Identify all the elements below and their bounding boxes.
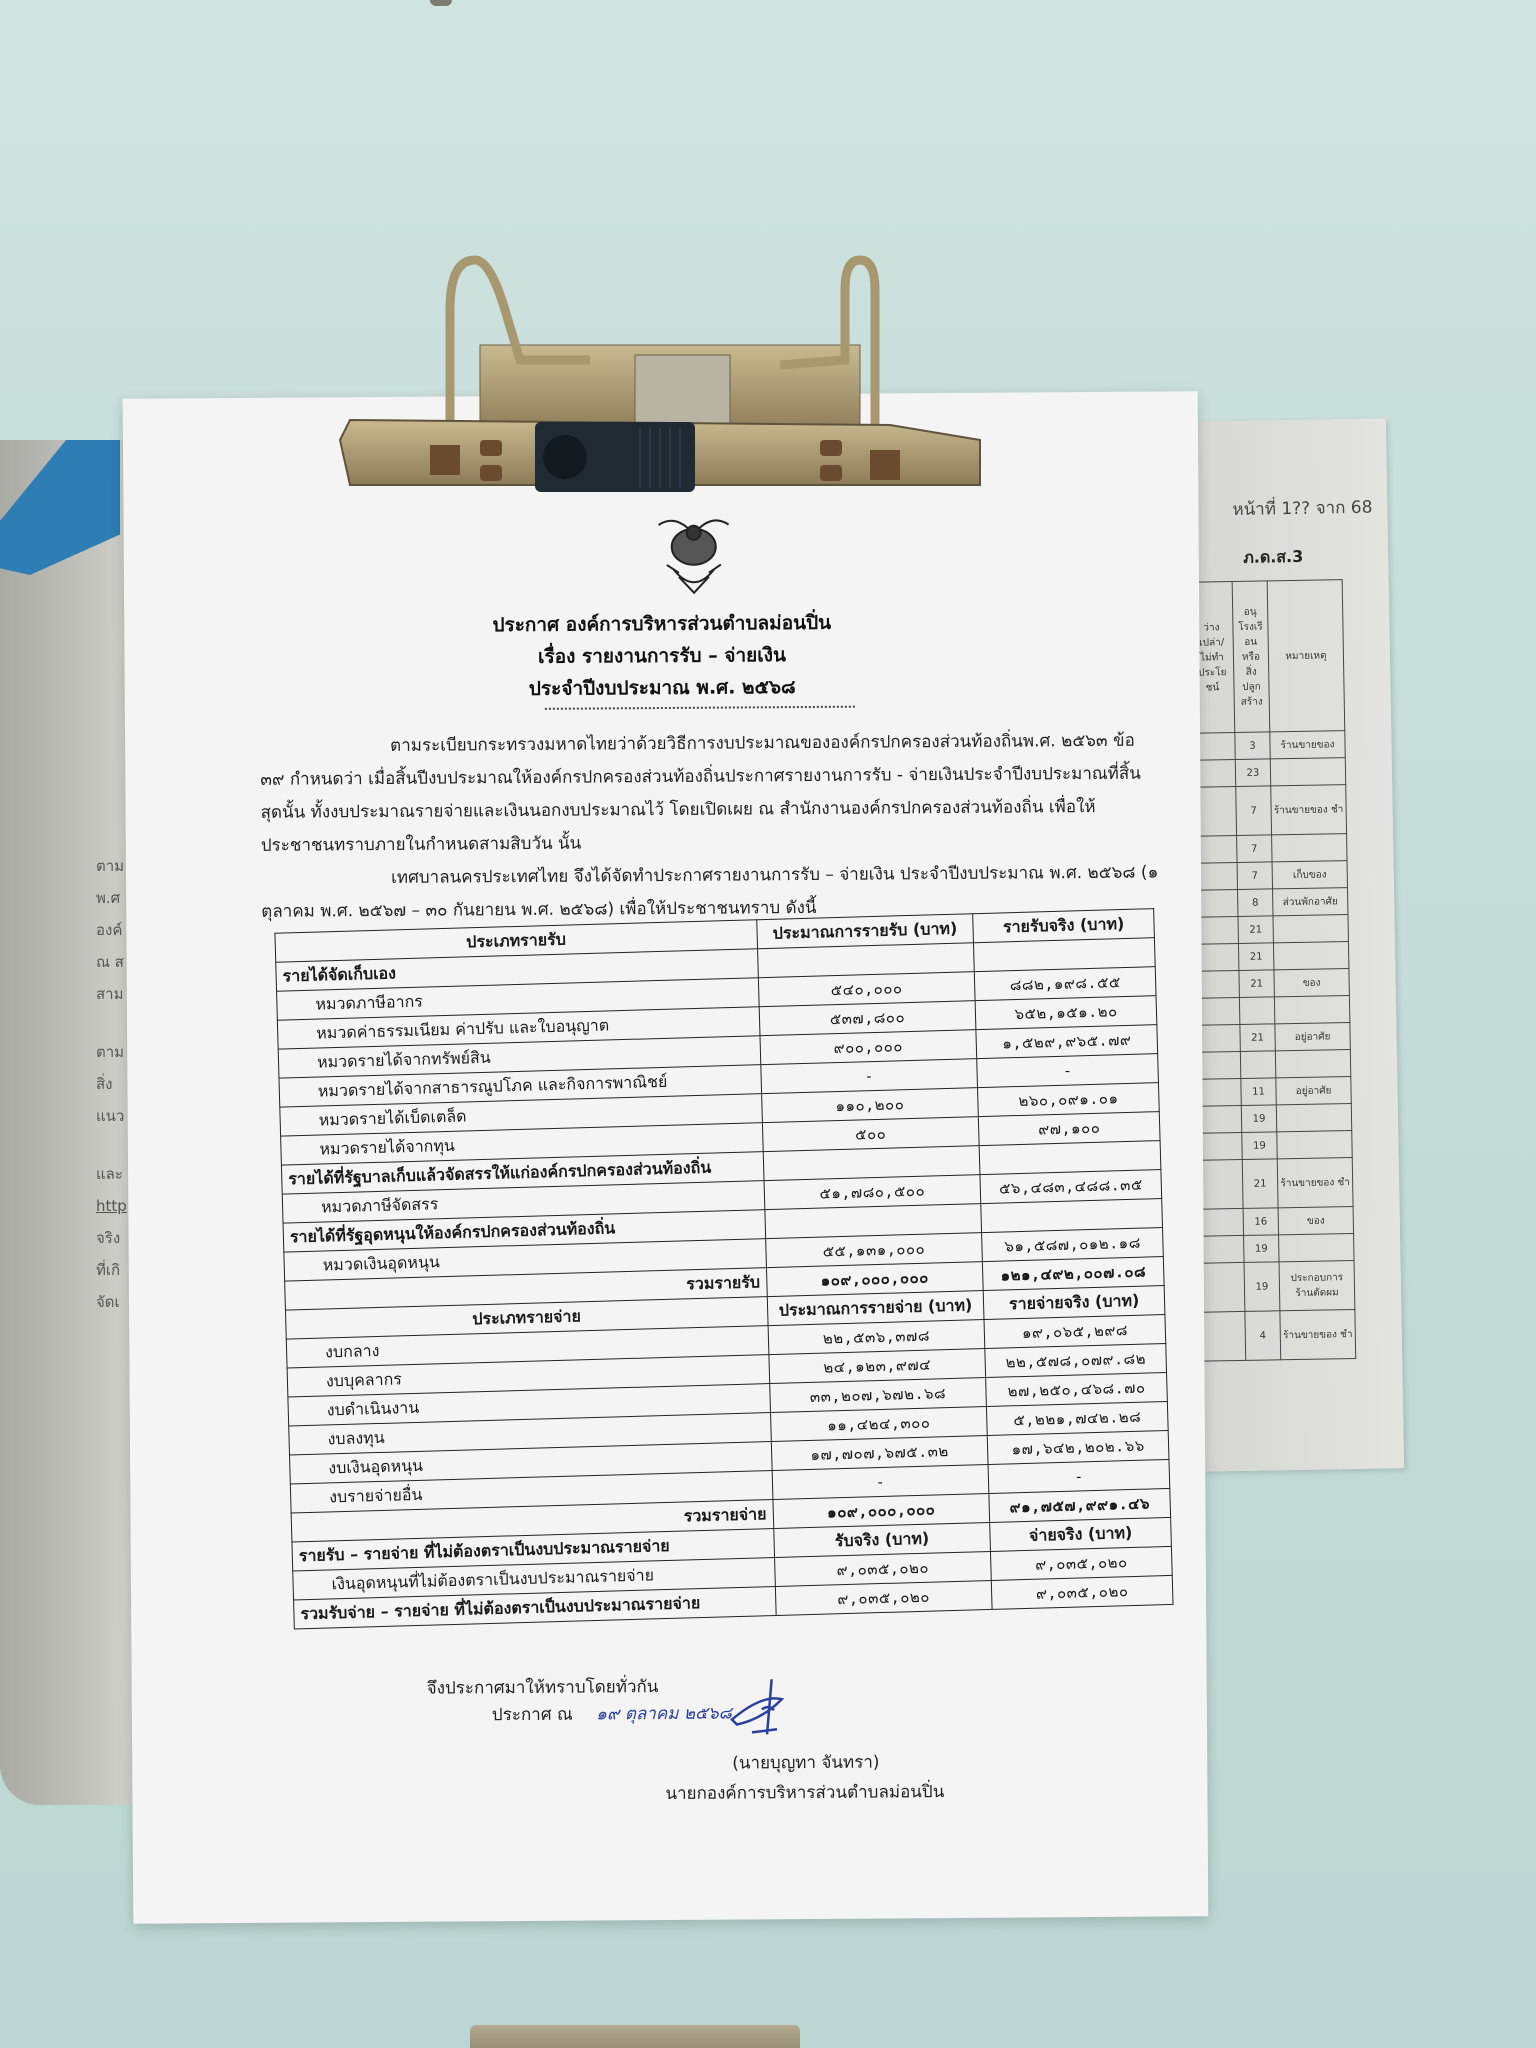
wall-hook: [430, 0, 452, 6]
blue-tape: [0, 440, 120, 575]
col-note: อยู่อาศัย: [1276, 1077, 1351, 1105]
col-a: [1198, 1105, 1241, 1133]
col-note: [1273, 942, 1348, 970]
col-count: 7: [1236, 786, 1272, 836]
col-count: 21: [1239, 970, 1274, 998]
col-count: 7: [1237, 862, 1272, 890]
col-a: [1198, 1078, 1241, 1106]
col-note: อยู่อาศัย: [1275, 1023, 1350, 1051]
col-note: [1273, 915, 1348, 943]
property-row: 19: [1201, 1234, 1354, 1264]
property-row: 4ร้านขายของ ชำ: [1202, 1310, 1356, 1362]
col-note: ประกอบการ ร้านตัดผม: [1279, 1261, 1355, 1311]
col-note: [1275, 1050, 1350, 1078]
notice-document: ประกาศ องค์การบริหารส่วนตำบลม่อนปิ่น เรื…: [123, 391, 1209, 1923]
announced-label: ประกาศ ณ: [492, 1705, 573, 1726]
col-head-b: อนุ โรงเรี อน หรือ สิ่ง ปลูก สร้าง: [1232, 581, 1270, 733]
bottom-binder-clip: [470, 2025, 800, 2048]
col-count: 19: [1242, 1132, 1277, 1160]
col-note: [1277, 1131, 1352, 1159]
col-a: [1195, 943, 1238, 971]
col-a: [1196, 970, 1239, 998]
property-row: 7เก็บของ: [1194, 861, 1347, 891]
col-note: ส่วนพักอาศัย: [1273, 888, 1348, 916]
signer-name: (นายบุญทา จันทรา): [732, 1749, 879, 1777]
income-expense-table: ประเภทรายรับประมาณการรายรับ (บาท)รายรับจ…: [274, 908, 1173, 1629]
col-count: 7: [1237, 835, 1272, 863]
property-row: 7ร้านขายของ ชำ: [1193, 785, 1347, 837]
col-note: [1270, 758, 1345, 786]
property-row: 19ประกอบการ ร้านตัดผม: [1201, 1261, 1355, 1313]
property-row: [1197, 1050, 1350, 1080]
background-paper-right: หน้าที่ 1?? จาก 68 ภ.ด.ส.3 ว่าง เปล่า/ ไ…: [1186, 418, 1404, 1471]
col-note: ร้านขายของ ชำ: [1277, 1158, 1353, 1208]
col-a: [1195, 916, 1238, 944]
col-a: [1200, 1208, 1243, 1236]
col-count: 21: [1238, 916, 1273, 944]
notice-title: ประกาศ องค์การบริหารส่วนตำบลม่อนปิ่น เรื…: [124, 604, 1200, 708]
property-row: 21อยู่อาศัย: [1197, 1023, 1350, 1053]
property-row: 23: [1192, 758, 1345, 788]
col-count: 21: [1240, 1024, 1275, 1052]
closing-text: จึงประกาศมาให้ทราบโดยทั่วกัน: [427, 1673, 659, 1702]
paragraph-1: ตามระเบียบกระทรวงมหาดไทยว่าด้วยวิธีการงบ…: [260, 725, 1161, 863]
property-row: 21: [1195, 915, 1348, 945]
property-row: 7: [1194, 834, 1347, 864]
col-note: [1272, 834, 1347, 862]
col-count: 21: [1242, 1159, 1278, 1209]
col-note: ร้านขายของ ชำ: [1271, 785, 1347, 835]
col-note: [1274, 996, 1349, 1024]
col-a: [1199, 1132, 1242, 1160]
col-a: [1197, 1051, 1240, 1079]
col-head-c: หมายเหตุ: [1267, 580, 1345, 732]
divider: [545, 706, 855, 710]
background-paper-left: ตามพ.ศองค์ณ สสามตามสิ่งแนวและhttpจริงที่…: [0, 440, 135, 1805]
col-note: [1279, 1234, 1354, 1262]
form-code: ภ.ด.ส.3: [1243, 545, 1304, 571]
col-count: 4: [1245, 1311, 1281, 1361]
property-row: 8ส่วนพักอาศัย: [1195, 888, 1348, 918]
property-row: 19: [1198, 1104, 1351, 1134]
notice-body: ตามระเบียบกระทรวงมหาดไทยว่าด้วยวิธีการงบ…: [260, 725, 1161, 929]
row-estimate: ๙,๐๓๕,๐๒๐: [775, 1580, 992, 1615]
property-row: 21ของ: [1196, 969, 1349, 999]
col-a: [1196, 997, 1239, 1025]
property-row: 16ของ: [1200, 1207, 1353, 1237]
col-a: [1201, 1262, 1245, 1312]
property-row: 21ร้านขายของ ชำ: [1199, 1158, 1353, 1210]
col-note: เก็บของ: [1272, 861, 1347, 889]
col-a: [1202, 1311, 1246, 1361]
col-count: 8: [1238, 889, 1273, 917]
col-note: ของ: [1278, 1207, 1353, 1235]
page-number: หน้าที่ 1?? จาก 68: [1232, 494, 1373, 523]
col-a: [1199, 1159, 1243, 1209]
col-count: 16: [1243, 1208, 1278, 1236]
property-row: 3ร้านขายของ: [1192, 731, 1345, 761]
col-count: [1240, 1051, 1275, 1079]
col-count: 21: [1238, 943, 1273, 971]
signer-title: นายกองค์การบริหารส่วนตำบลม่อนปิ่น: [665, 1778, 944, 1807]
title-line-3: ประจำปีงบประมาณ พ.ศ. ๒๕๖๘: [125, 668, 1200, 708]
col-count: 11: [1241, 1078, 1276, 1106]
property-table: ว่าง เปล่า/ ไม่ทำ ประโย ชน์ อนุ โรงเรี อ…: [1189, 579, 1357, 1362]
announced-date: ๑๙ ตุลาคม ๒๕๖๘: [596, 1704, 732, 1725]
binder-clip-icon: [330, 250, 1010, 530]
announcement-date: ประกาศ ณ ๑๙ ตุลาคม ๒๕๖๘: [492, 1700, 732, 1729]
col-note: ของ: [1274, 969, 1349, 997]
col-note: [1276, 1104, 1351, 1132]
col-count: 19: [1241, 1105, 1276, 1133]
property-row: 21: [1195, 942, 1348, 972]
col-a: [1201, 1235, 1244, 1263]
col-count: 19: [1244, 1235, 1279, 1263]
property-row: 11อยู่อาศัย: [1198, 1077, 1351, 1107]
signature-icon: [722, 1674, 812, 1745]
col-a: [1197, 1024, 1240, 1052]
col-note: ร้านขายของ: [1270, 731, 1345, 759]
col-count: 19: [1244, 1262, 1280, 1312]
col-count: [1239, 997, 1274, 1025]
col-count: 23: [1235, 759, 1270, 787]
col-count: 3: [1235, 732, 1270, 760]
property-row: [1196, 996, 1349, 1026]
col-note: ร้านขายของ ชำ: [1280, 1310, 1356, 1360]
row-actual: ๙,๐๓๕,๐๒๐: [991, 1575, 1173, 1609]
property-row: 19: [1199, 1131, 1352, 1161]
